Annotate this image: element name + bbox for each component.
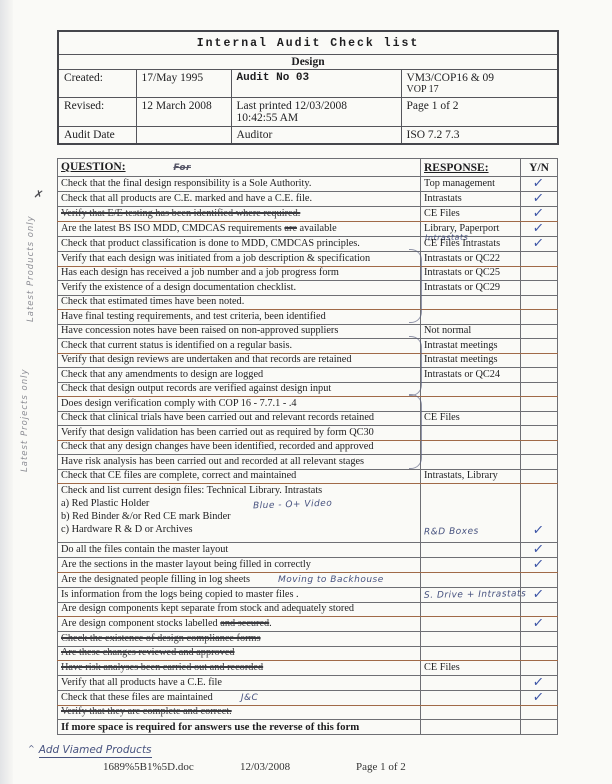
response-cell: [421, 573, 521, 588]
response-cell: R&D Boxes: [421, 484, 521, 543]
question-cell: Verify that they are complete and correc…: [58, 705, 421, 720]
yn-cell: ✓: [521, 237, 558, 252]
yn-cell: [521, 295, 558, 310]
response-cell: [421, 690, 521, 705]
checklist-row: Are the latest BS ISO MDD, CMDCAS requir…: [58, 222, 558, 237]
scan-edge-shadow: [0, 0, 13, 784]
handwritten-annotation: Moving to Backhouse: [278, 575, 384, 585]
yn-cell: [521, 310, 558, 325]
handwritten-check-icon: ✓: [532, 522, 544, 537]
yn-cell: [521, 440, 558, 455]
response-cell: Intrastats or QC29: [421, 281, 521, 296]
response-cell: [421, 602, 521, 617]
question-cell: Check and list current design files: Tec…: [58, 484, 421, 543]
response-cell: [421, 440, 521, 455]
document-subtitle: Design: [58, 55, 558, 70]
checklist-header-row: QUESTION: For RESPONSE: Y/N: [58, 159, 558, 177]
question-cell: Check that the final design responsibili…: [58, 177, 421, 192]
response-cell: CE Files: [421, 411, 521, 426]
checklist-row: If more space is required for answers us…: [58, 720, 558, 735]
question-cell: Are the designated people filling in log…: [58, 573, 421, 588]
question-cell: Do all the files contain the master layo…: [58, 543, 421, 558]
yn-cell: [521, 266, 558, 281]
revised-value: 12 March 2008: [136, 98, 231, 127]
response-cell: Intrastat meetings: [421, 339, 521, 354]
bottom-note-text: Add Viamed Products: [39, 744, 152, 758]
handwritten-check-icon: ✓: [532, 235, 544, 250]
question-cell: Have risk analyses been carried out and …: [58, 661, 421, 676]
checklist-row: Check the existence of design compliance…: [58, 632, 558, 647]
yn-cell: [521, 382, 558, 397]
question-cell: Verify that design validation has been c…: [58, 426, 421, 441]
checklist-row: Verify the existence of a design documen…: [58, 281, 558, 296]
question-cell: Verify that E/E testing has been identif…: [58, 207, 421, 222]
footer-filename: 1689%5B1%5D.doc: [103, 761, 194, 773]
question-cell: Has each design has received a job numbe…: [58, 266, 421, 281]
question-header-handwriting: For: [173, 163, 191, 173]
last-printed-line2: 10:42:55 AM: [237, 112, 396, 124]
question-cell: Check that CE files are complete, correc…: [58, 469, 421, 484]
response-cell: [421, 310, 521, 325]
response-cell: [421, 632, 521, 647]
handwritten-check-icon: ✓: [532, 556, 544, 571]
checklist-wrap: QUESTION: For RESPONSE: Y/N Check that t…: [57, 158, 559, 735]
response-cell: CE Files: [421, 661, 521, 676]
checklist-row: Check that product classification is don…: [58, 237, 558, 252]
last-printed: Last printed 12/03/2008 10:42:55 AM: [231, 98, 401, 127]
yn-cell: ✓: [521, 558, 558, 573]
question-header-cell: QUESTION: For: [58, 159, 421, 177]
response-cell: [421, 455, 521, 470]
response-cell: [421, 558, 521, 573]
question-cell: Verify that each design was initiated fr…: [58, 252, 421, 267]
checklist-table: QUESTION: For RESPONSE: Y/N Check that t…: [57, 158, 558, 735]
response-cell: Intrastats or QC22: [421, 252, 521, 267]
checklist-row: Verify that E/E testing has been identif…: [58, 207, 558, 222]
question-cell: Check that estimated times have been not…: [58, 295, 421, 310]
question-cell: Check that design output records are ver…: [58, 382, 421, 397]
title-row: Internal Audit Check list: [58, 31, 558, 55]
response-cell: Intrastats: [421, 192, 521, 207]
checklist-row: Check that current status is identified …: [58, 339, 558, 354]
iso-reference: ISO 7.2 7.3: [401, 127, 558, 145]
yn-cell: [521, 411, 558, 426]
question-cell: Is information from the logs being copie…: [58, 587, 421, 602]
yn-cell: [521, 632, 558, 647]
question-cell: Check that any amendments to design are …: [58, 368, 421, 383]
last-printed-line1: Last printed 12/03/2008: [237, 100, 396, 112]
checklist-row: Verify that each design was initiated fr…: [58, 252, 558, 267]
response-cell: Intrastats or QC24: [421, 368, 521, 383]
yn-cell: ✓: [521, 484, 558, 543]
checklist-row: Check that any design changes have been …: [58, 440, 558, 455]
checklist-body: Check that the final design responsibili…: [58, 177, 558, 735]
audit-date-value: [136, 127, 231, 145]
response-cell: CE Files: [421, 207, 521, 222]
checklist-row: Verify that design validation has been c…: [58, 426, 558, 441]
checklist-row: Does design verification comply with COP…: [58, 397, 558, 412]
handwritten-response: S. Drive + Intrastats: [424, 588, 526, 602]
checklist-row: Do all the files contain the master layo…: [58, 543, 558, 558]
margin-note-bottom: Latest Projects only: [20, 369, 30, 473]
auditor-label: Auditor: [231, 127, 401, 145]
question-cell: Are design component stocks labelled and…: [58, 617, 421, 632]
question-cell: Are the latest BS ISO MDD, CMDCAS requir…: [58, 222, 421, 237]
response-cell: [421, 426, 521, 441]
yn-cell: [521, 252, 558, 267]
checklist-row: Check that clinical trials have been car…: [58, 411, 558, 426]
question-cell: Check that current status is identified …: [58, 339, 421, 354]
yn-cell: [521, 368, 558, 383]
doc-reference-line1: VM3/COP16 & 09: [407, 72, 553, 84]
response-cell: Intrastats or QC25: [421, 266, 521, 281]
yn-cell: [521, 455, 558, 470]
question-cell: Check that clinical trials have been car…: [58, 411, 421, 426]
response-cell: [421, 646, 521, 661]
checklist-row: Has each design has received a job numbe…: [58, 266, 558, 281]
response-cell: CE Files Intrastats: [421, 237, 521, 252]
question-header: QUESTION:: [61, 161, 126, 173]
checklist-row: Are the sections in the master layout be…: [58, 558, 558, 573]
checklist-row: Check that these files are maintainedJ&C…: [58, 690, 558, 705]
handwritten-annotation: J&C: [241, 693, 258, 703]
yn-cell: [521, 353, 558, 368]
response-cell: [421, 720, 521, 735]
checklist-row: Are design components kept separate from…: [58, 602, 558, 617]
checklist-row: Are these changes reviewed and approved: [58, 646, 558, 661]
created-label: Created:: [58, 70, 136, 98]
question-cell: Check that product classification is don…: [58, 237, 421, 252]
footer-date: 12/03/2008: [240, 761, 290, 773]
response-cell: Library, PaperportIntrastats: [421, 222, 521, 237]
response-cell: S. Drive + Intrastats: [421, 587, 521, 602]
yn-cell: [521, 281, 558, 296]
caret-icon: ^: [28, 744, 35, 753]
checklist-row: Are the designated people filling in log…: [58, 573, 558, 588]
doc-reference-line2: VOP 17: [407, 84, 553, 95]
handwritten-response: R&D Boxes: [424, 526, 479, 539]
yn-cell: [521, 705, 558, 720]
audit-date-row: Audit Date Auditor ISO 7.2 7.3: [58, 127, 558, 145]
question-cell: Verify that all products have a C.E. fil…: [58, 675, 421, 690]
response-cell: Top management: [421, 177, 521, 192]
handwritten-check-icon: ✓: [532, 689, 544, 704]
yn-cell: ✓: [521, 690, 558, 705]
question-cell: Does design verification comply with COP…: [58, 397, 421, 412]
revised-row: Revised: 12 March 2008 Last printed 12/0…: [58, 98, 558, 127]
yn-cell: [521, 469, 558, 484]
yn-cell: [521, 324, 558, 339]
question-cell: Check that these files are maintainedJ&C: [58, 690, 421, 705]
footer-page: Page 1 of 2: [356, 761, 406, 773]
response-cell: Intrastats, Library: [421, 469, 521, 484]
response-cell: [421, 295, 521, 310]
checklist-row: Check that all products are C.E. marked …: [58, 192, 558, 207]
checklist-row: Check and list current design files: Tec…: [58, 484, 558, 543]
response-cell: [421, 382, 521, 397]
checklist-row: Check that any amendments to design are …: [58, 368, 558, 383]
question-cell: Verify that design reviews are undertake…: [58, 353, 421, 368]
yn-cell: [521, 646, 558, 661]
pen-mark-icon: ✗: [33, 187, 45, 202]
checklist-row: Have final testing requirements, and tes…: [58, 310, 558, 325]
revised-label: Revised:: [58, 98, 136, 127]
checklist-row: Check that estimated times have been not…: [58, 295, 558, 310]
yn-cell: ✓: [521, 617, 558, 632]
document-title: Internal Audit Check list: [58, 31, 558, 55]
response-cell: [421, 617, 521, 632]
audit-number: Audit No 03: [231, 70, 401, 98]
checklist-row: Have risk analysis has been carried out …: [58, 455, 558, 470]
response-cell: Intrastat meetings: [421, 353, 521, 368]
question-cell: If more space is required for answers us…: [58, 720, 421, 735]
response-cell: [421, 543, 521, 558]
question-cell: Verify the existence of a design documen…: [58, 281, 421, 296]
response-cell: [421, 397, 521, 412]
checklist-row: Verify that design reviews are undertake…: [58, 353, 558, 368]
yn-cell: [521, 720, 558, 735]
subtitle-row: Design: [58, 55, 558, 70]
handwritten-check-icon: ✓: [532, 586, 544, 601]
yn-cell: [521, 426, 558, 441]
checklist-row: Have risk analyses been carried out and …: [58, 661, 558, 676]
checklist-row: Have concession notes have been raised o…: [58, 324, 558, 339]
question-cell: Have concession notes have been raised o…: [58, 324, 421, 339]
handwritten-check-icon: ✓: [532, 615, 544, 630]
checklist-row: Check that CE files are complete, correc…: [58, 469, 558, 484]
created-row: Created: 17/May 1995 Audit No 03 VM3/COP…: [58, 70, 558, 98]
yn-cell: [521, 339, 558, 354]
question-cell: Have risk analysis has been carried out …: [58, 455, 421, 470]
response-cell: [421, 705, 521, 720]
created-value: 17/May 1995: [136, 70, 231, 98]
checklist-row: Check that design output records are ver…: [58, 382, 558, 397]
question-cell: Check the existence of design compliance…: [58, 632, 421, 647]
yn-cell: [521, 397, 558, 412]
checklist-row: Is information from the logs being copie…: [58, 587, 558, 602]
checklist-row: Are design component stocks labelled and…: [58, 617, 558, 632]
response-cell: Not normal: [421, 324, 521, 339]
margin-note-top: Latest Products only: [26, 215, 36, 322]
question-cell: Have final testing requirements, and tes…: [58, 310, 421, 325]
checklist-row: Verify that they are complete and correc…: [58, 705, 558, 720]
question-cell: Are these changes reviewed and approved: [58, 646, 421, 661]
response-header-cell: RESPONSE:: [421, 159, 521, 177]
header-table: Internal Audit Check list Design Created…: [57, 30, 559, 145]
page-indicator: Page 1 of 2: [401, 98, 558, 127]
doc-reference: VM3/COP16 & 09 VOP 17: [401, 70, 558, 98]
question-cell: Check that any design changes have been …: [58, 440, 421, 455]
bottom-handwritten-note: ^Add Viamed Products: [28, 744, 152, 756]
checklist-row: Verify that all products have a C.E. fil…: [58, 675, 558, 690]
question-cell: Are design components kept separate from…: [58, 602, 421, 617]
checklist-row: Check that the final design responsibili…: [58, 177, 558, 192]
question-cell: Check that all products are C.E. marked …: [58, 192, 421, 207]
audit-date-label: Audit Date: [58, 127, 136, 145]
response-header: RESPONSE:: [424, 162, 489, 174]
response-cell: [421, 675, 521, 690]
question-cell: Are the sections in the master layout be…: [58, 558, 421, 573]
